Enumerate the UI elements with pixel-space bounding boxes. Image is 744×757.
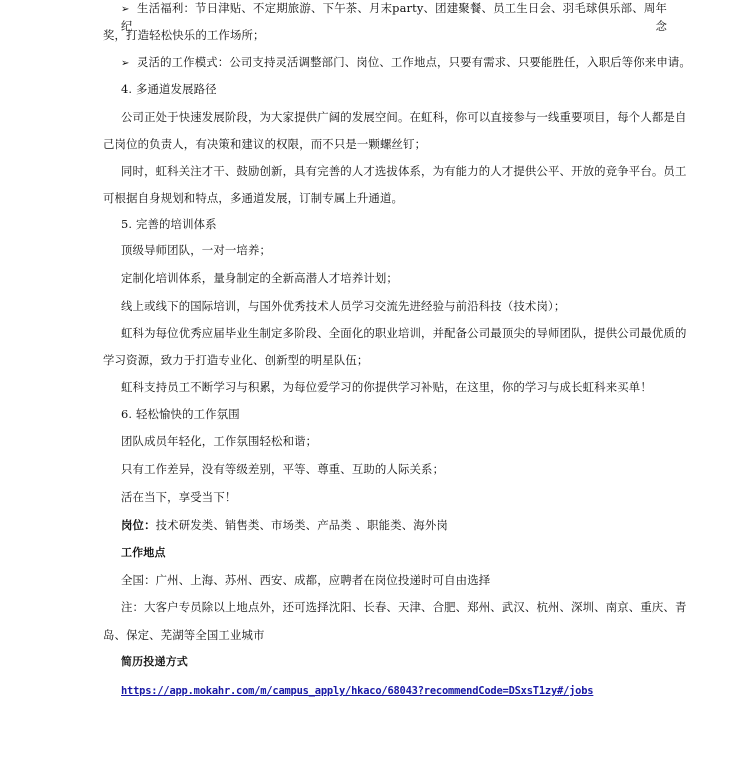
arrow-bullet-icon: ➢ — [121, 2, 137, 18]
work-location-heading: 工作地点 — [121, 545, 667, 561]
positions-line: 岗位：技术研发类、销售类、市场类、产品类 、职能类、海外岗 — [121, 517, 667, 533]
work-location-national: 全国：广州、上海、苏州、西安、成都，应聘者在岗位投递时可自由选择 — [121, 572, 667, 588]
section-6-heading: 6. 轻松愉快的工作氛围 — [121, 406, 667, 422]
section-4-para1-line1: 公司正处于快速发展阶段，为大家提供广阔的发展空间。在虹科，你可以直接参与一线重要… — [121, 109, 649, 125]
section-6-item-1: 团队成员年轻化，工作氛围轻松和谐； — [121, 433, 667, 449]
resume-apply-link[interactable]: https://app.mokahr.com/m/campus_apply/hk… — [121, 685, 593, 697]
section-5-para1-line1: 虹科为每位优秀应届毕业生制定多阶段、全面化的职业培训，并配备公司最顶尖的导师团队… — [121, 325, 649, 341]
section-5-heading: 5. 完善的培训体系 — [121, 216, 667, 232]
resume-heading: 简历投递方式 — [121, 654, 667, 670]
positions-value: 技术研发类、销售类、市场类、产品类 、职能类、海外岗 — [156, 518, 448, 532]
section-4-para1-line2: 己岗位的负责人，有决策和建议的权限，而不只是一颗螺丝钉； — [103, 136, 649, 152]
benefit-flexible-work-text: 灵活的工作模式：公司支持灵活调整部门、岗位、工作地点，只要有需求、只要能胜任，入… — [137, 55, 691, 69]
work-location-note-line1: 注：大客户专员除以上地点外，还可选择沈阳、长春、天津、合肥、郑州、武汉、杭州、深… — [121, 599, 649, 615]
section-5-para1-line2: 学习资源，致力于打造专业化、创新型的明星队伍； — [103, 352, 649, 368]
section-5-item-2: 定制化培训体系，量身制定的全新高潜人才培养计划； — [121, 270, 667, 286]
section-5-item-3: 线上或线下的国际培训，与国外优秀技术人员学习交流先进经验与前沿科技（技术岗）； — [121, 298, 667, 314]
positions-label: 岗位： — [121, 518, 156, 532]
section-4-heading: 4. 多通道发展路径 — [121, 81, 667, 97]
arrow-bullet-icon: ➢ — [121, 56, 137, 72]
resume-link-line: https://app.mokahr.com/m/campus_apply/hk… — [121, 682, 667, 699]
section-6-item-3: 活在当下，享受当下！ — [121, 489, 667, 505]
section-4-para2-line1: 同时，虹科关注才干、鼓励创新，具有完善的人才选拔体系，为有能力的人才提供公平、开… — [121, 163, 649, 179]
section-5-para2: 虹科支持员工不断学习与积累，为每位爱学习的你提供学习补贴，在这里，你的学习与成长… — [121, 379, 667, 395]
benefit-life-welfare-cont: 奖，打造轻松快乐的工作场所； — [103, 27, 649, 43]
section-6-item-2: 只有工作差异，没有等级差别，平等、尊重、互助的人际关系； — [121, 461, 667, 477]
section-4-para2-line2: 可根据自身规划和特点，多通道发展，订制专属上升通道。 — [103, 190, 649, 206]
document-page: ➢生活福利：节日津贴、不定期旅游、下午茶、月末party、团建聚餐、员工生日会、… — [0, 0, 744, 757]
work-location-note-line2: 岛、保定、芜湖等全国工业城市 — [103, 627, 649, 643]
section-5-item-1: 顶级导师团队，一对一培养； — [121, 242, 667, 258]
benefit-flexible-work: ➢灵活的工作模式：公司支持灵活调整部门、岗位、工作地点，只要有需求、只要能胜任，… — [121, 54, 667, 72]
